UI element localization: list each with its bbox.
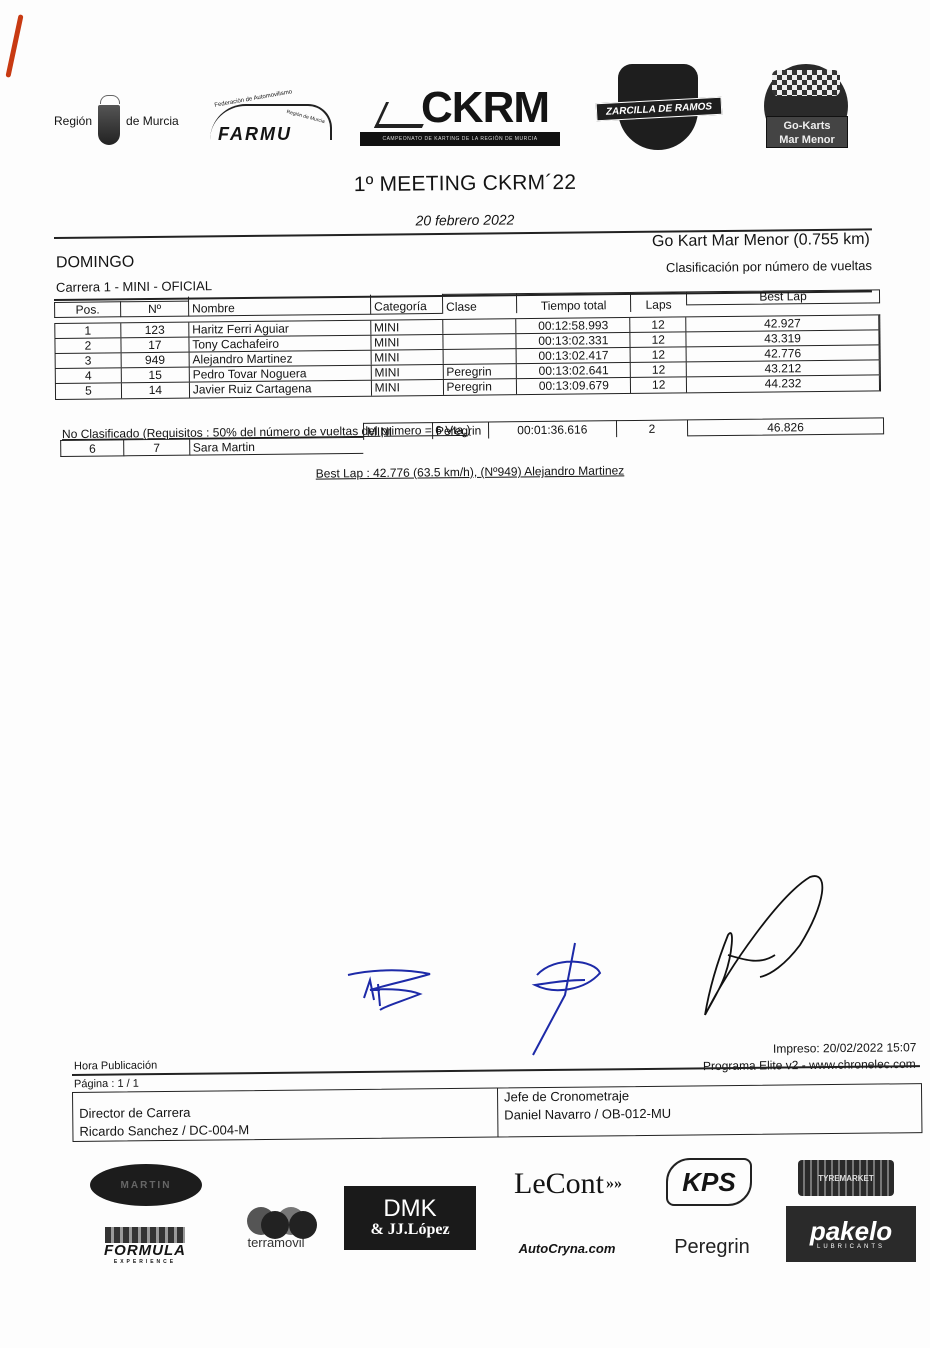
cell-num: 7 xyxy=(124,439,189,457)
logo-region-left-text: Región xyxy=(54,114,92,128)
cell-clase xyxy=(442,334,516,349)
logo-gokarts-line1: Go-Karts xyxy=(767,119,847,133)
cell-laps: 2 xyxy=(616,419,687,437)
cell-num: 17 xyxy=(120,338,188,353)
sponsor-dmk-name: DMK xyxy=(383,1197,436,1221)
cell-best: 43.319 xyxy=(686,330,880,346)
cell-pos: 2 xyxy=(54,338,120,353)
sponsor-formula-experience: FORMULA EXPERIENCE xyxy=(96,1220,194,1272)
logo-farmu-name: FARMU xyxy=(218,124,292,145)
cell-laps: 12 xyxy=(630,347,686,362)
logo-ckrm-name: CKRM xyxy=(421,86,549,130)
classification-type: Clasificación por número de vueltas xyxy=(666,258,872,275)
results-rows: 1123Haritz Ferri AguiarMINI00:12:58.9931… xyxy=(54,314,881,400)
cell-best: 43.212 xyxy=(686,360,880,376)
cell-laps: 12 xyxy=(630,332,686,347)
checkered-flag-icon xyxy=(772,70,840,96)
cell-cat: MINI xyxy=(370,335,442,350)
officials-box: Director de Carrera Ricardo Sanchez / DC… xyxy=(72,1083,922,1142)
logo-ckrm: CKRM CAMPEONATO DE KARTING DE LA REGIÓN … xyxy=(356,86,561,146)
logo-gokarts-line2: Mar Menor xyxy=(767,133,847,147)
logo-go-karts-mar-menor: Go-Karts Mar Menor xyxy=(758,56,854,154)
cell-laps: 12 xyxy=(630,317,686,332)
cell-name: Haritz Ferri Aguiar xyxy=(188,321,370,337)
cell-clase xyxy=(442,349,516,364)
cell-name: Pedro Tovar Noguera xyxy=(189,366,371,382)
karts-graphic-icon xyxy=(105,1227,185,1243)
signature-2 xyxy=(525,935,615,1065)
sponsor-peregrin: Peregrin xyxy=(666,1230,758,1264)
arrows-icon: »» xyxy=(606,1175,622,1193)
cell-name: Sara Martin xyxy=(189,437,363,456)
cell-num: 15 xyxy=(121,368,189,383)
race-name: Carrera 1 - MINI - OFICIAL xyxy=(56,278,212,295)
logo-zarcilla-name: ZARCILLA DE RAMOS xyxy=(596,97,723,122)
cell-time: 00:13:02.641 xyxy=(516,363,630,378)
cell-clase: Peregrin xyxy=(442,379,516,395)
col-header-total-time: Tiempo total xyxy=(516,292,630,313)
results-header-row: Pos. Nº Nombre Categoría Clase Tiempo to… xyxy=(54,289,880,318)
cell-cat: MINI xyxy=(370,350,442,365)
cell-name: Tony Cachafeiro xyxy=(188,336,370,352)
coat-of-arms-icon xyxy=(98,105,120,145)
cell-cat: MINI xyxy=(370,365,442,380)
race-director-name: Ricardo Sanchez / DC-004-M xyxy=(79,1119,491,1141)
col-header-laps: Laps xyxy=(630,291,686,312)
cell-num: 14 xyxy=(121,383,189,399)
cell-pos: 4 xyxy=(55,368,121,383)
table-row: 67Sara MartinMINIPeregrin00:01:36.616246… xyxy=(60,417,884,443)
document-title: 1º MEETING CKRM´22 xyxy=(0,167,930,201)
sponsor-lecont: LeCont »» xyxy=(500,1166,636,1202)
sponsor-kps: KPS xyxy=(666,1158,752,1206)
cell-num: 123 xyxy=(120,323,188,338)
sponsor-oval-logo: MARTIN xyxy=(90,1164,202,1206)
cell-name: Javier Ruiz Cartagena xyxy=(189,381,371,398)
cell-cat: MINI xyxy=(370,320,442,335)
sponsor-terramovil: terramovil xyxy=(228,1188,324,1254)
logo-region-de-murcia: Región de Murcia xyxy=(54,96,184,146)
cell-best: 46.826 xyxy=(687,417,884,436)
sponsor-tire-logo: TYREMARKET xyxy=(798,1160,894,1196)
publication-time-label: Hora Publicación xyxy=(74,1060,157,1073)
cell-laps: 12 xyxy=(630,377,686,393)
cell-pos: 5 xyxy=(55,383,121,399)
col-header-best-lap: Best Lap xyxy=(686,289,880,305)
cell-pos: 3 xyxy=(55,353,121,368)
cell-time: 00:12:58.993 xyxy=(516,318,630,333)
cell-best: 44.232 xyxy=(686,375,880,392)
logo-zarcilla-de-ramos: ZARCILLA DE RAMOS xyxy=(596,62,722,154)
logo-gokarts-label: Go-Karts Mar Menor xyxy=(766,116,848,148)
logo-region-right-text: de Murcia xyxy=(126,114,179,128)
cell-clase: Peregrin xyxy=(432,422,488,440)
sponsor-formula-name: FORMULA xyxy=(104,1243,186,1259)
cell-num: 949 xyxy=(121,353,189,368)
col-header-num: Nº xyxy=(120,301,188,318)
timing-chief-name: Daniel Navarro / OB-012-MU xyxy=(504,1102,915,1124)
cell-laps: 12 xyxy=(630,362,686,377)
signature-3 xyxy=(690,865,830,1030)
cell-time: 00:01:36.616 xyxy=(488,420,616,438)
logo-ckrm-subtitle: CAMPEONATO DE KARTING DE LA REGIÓN DE MU… xyxy=(360,132,560,146)
sponsor-dmk-sub: & JJ.López xyxy=(370,1221,449,1239)
cell-clase xyxy=(442,319,516,334)
cell-time: 00:13:02.417 xyxy=(516,348,630,363)
cell-name: Alejandro Martinez xyxy=(188,351,370,367)
printed-timestamp: Impreso: 20/02/2022 15:07 xyxy=(772,1040,916,1056)
cell-best: 42.927 xyxy=(685,315,879,331)
cell-time: 00:13:09.679 xyxy=(516,378,630,394)
sponsor-lecont-name: LeCont xyxy=(514,1167,604,1201)
page-number: Página : 1 / 1 xyxy=(74,1078,139,1091)
sponsor-pakelo-sub: LUBRICANTS xyxy=(817,1244,885,1250)
best-lap-summary: Best Lap : 42.776 (63.5 km/h), (Nº949) A… xyxy=(0,460,930,484)
sponsor-pakelo: pakelo LUBRICANTS xyxy=(786,1206,916,1262)
logo-farmu: Federación de Automovilismo Región de Mu… xyxy=(206,96,334,146)
sponsor-formula-sub: EXPERIENCE xyxy=(114,1259,176,1265)
mountains-icon xyxy=(233,1193,319,1235)
cell-pos: 6 xyxy=(60,439,124,457)
cell-pos: 1 xyxy=(54,323,120,338)
cell-cat: MINI xyxy=(370,380,442,396)
cell-time: 00:13:02.331 xyxy=(516,333,630,348)
cell-cat: MINI xyxy=(363,422,432,440)
sponsor-autocryna: AutoCryna.com xyxy=(506,1228,628,1268)
race-day: DOMINGO xyxy=(56,254,134,273)
col-header-pos: Pos. xyxy=(54,301,120,318)
col-header-name: Nombre xyxy=(188,295,370,317)
results-table: Pos. Nº Nombre Categoría Clase Tiempo to… xyxy=(54,289,881,400)
col-header-class: Clase xyxy=(442,293,516,314)
race-director: Director de Carrera Ricardo Sanchez / DC… xyxy=(73,1089,497,1141)
track-name: Go Kart Mar Menor (0.755 km) xyxy=(652,231,870,251)
cell-clase: Peregrin xyxy=(442,364,516,379)
timing-chief: Jefe de Cronometraje Daniel Navarro / OB… xyxy=(497,1084,921,1136)
not-classified-table: 67Sara MartinMINIPeregrin00:01:36.616246… xyxy=(60,417,884,443)
sponsor-pakelo-name: pakelo xyxy=(810,1218,892,1244)
cell-best: 42.776 xyxy=(686,345,880,361)
signature-1 xyxy=(340,960,440,1020)
sponsor-dmk: DMK & JJ.López xyxy=(344,1186,476,1250)
col-header-category: Categoría xyxy=(370,294,442,315)
pen-mark xyxy=(5,14,23,78)
